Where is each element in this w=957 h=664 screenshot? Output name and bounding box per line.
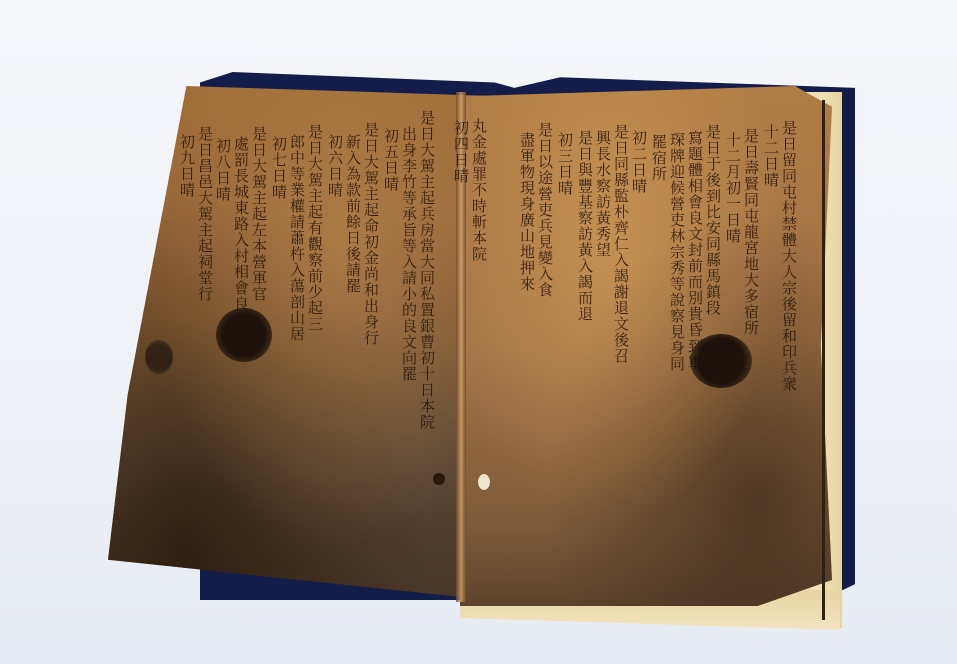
text-column: 是日大駕主起命初金尚和出身行 xyxy=(362,122,380,346)
paper-spot xyxy=(433,473,445,485)
text-column: 琛牌迎候營吏林宗秀等說察見身同 xyxy=(668,132,686,372)
text-column: 十二月初一日晴 xyxy=(724,132,742,244)
text-column: 初八日晴 xyxy=(214,138,232,202)
ink-stain xyxy=(216,308,272,362)
text-column: 初五日晴 xyxy=(382,128,400,192)
board-edge-line xyxy=(822,100,825,620)
text-column: 十二日晴 xyxy=(762,124,780,188)
text-column: 是日昌邑大駕主起祠堂行 xyxy=(196,126,214,302)
text-column: 是日大駕主起有觀察前少起三 xyxy=(306,124,324,332)
text-column: 郎中等業權請蕭杵入蕩剖山居 xyxy=(288,134,306,342)
text-column: 是日壽賢同屯龍宮地大多宿所 xyxy=(742,128,760,336)
text-column: 初七日晴 xyxy=(270,136,288,200)
ink-stain xyxy=(690,334,752,388)
paper-hole xyxy=(478,474,490,490)
text-column: 初四日晴 xyxy=(452,120,470,184)
text-column: 寫題體相會良文封前而別貴昏到軍 xyxy=(686,130,704,370)
text-column: 新入為款前餘日後請罷 xyxy=(344,134,362,294)
ink-stain xyxy=(145,340,173,374)
text-column: 是日與豐基察訪黃入謁而退 xyxy=(576,130,594,322)
text-column: 是日大駕主起兵房當大同私置銀曹初十日本院 xyxy=(418,110,436,430)
text-column: 是日大駕主起左本營軍官 xyxy=(250,126,268,302)
text-column: 初九日晴 xyxy=(178,134,196,198)
text-column: 丸金處罪不時斬本院 xyxy=(470,118,488,262)
text-column: 是日同縣監朴齊仁入謁謝退文後召 xyxy=(612,124,630,364)
manuscript-photo: 丸金處罪不時斬本院 初四日晴 是日大駕主起兵房當大同私置銀曹初十日本院 出身李竹… xyxy=(0,0,957,664)
text-column: 初二日晴 xyxy=(630,130,648,194)
text-column: 是日留同屯村禁體大人宗後留和印兵衆 xyxy=(780,120,798,392)
text-column: 罷宿所 xyxy=(650,134,668,182)
text-column: 處罰長城東路入村相會良 xyxy=(232,136,250,312)
text-column: 是日于後到比安同縣馬鎮段 xyxy=(704,124,722,316)
text-column: 初三日晴 xyxy=(556,132,574,196)
text-column: 是日以途營吏兵見變入食 xyxy=(536,122,554,298)
text-column: 盡軍物現身廣山地押來 xyxy=(518,132,536,292)
text-column: 興長水察訪黃秀望 xyxy=(594,130,612,258)
text-column: 出身李竹等承旨等入請小的良文向罷 xyxy=(400,126,418,382)
text-column: 初六日晴 xyxy=(326,134,344,198)
